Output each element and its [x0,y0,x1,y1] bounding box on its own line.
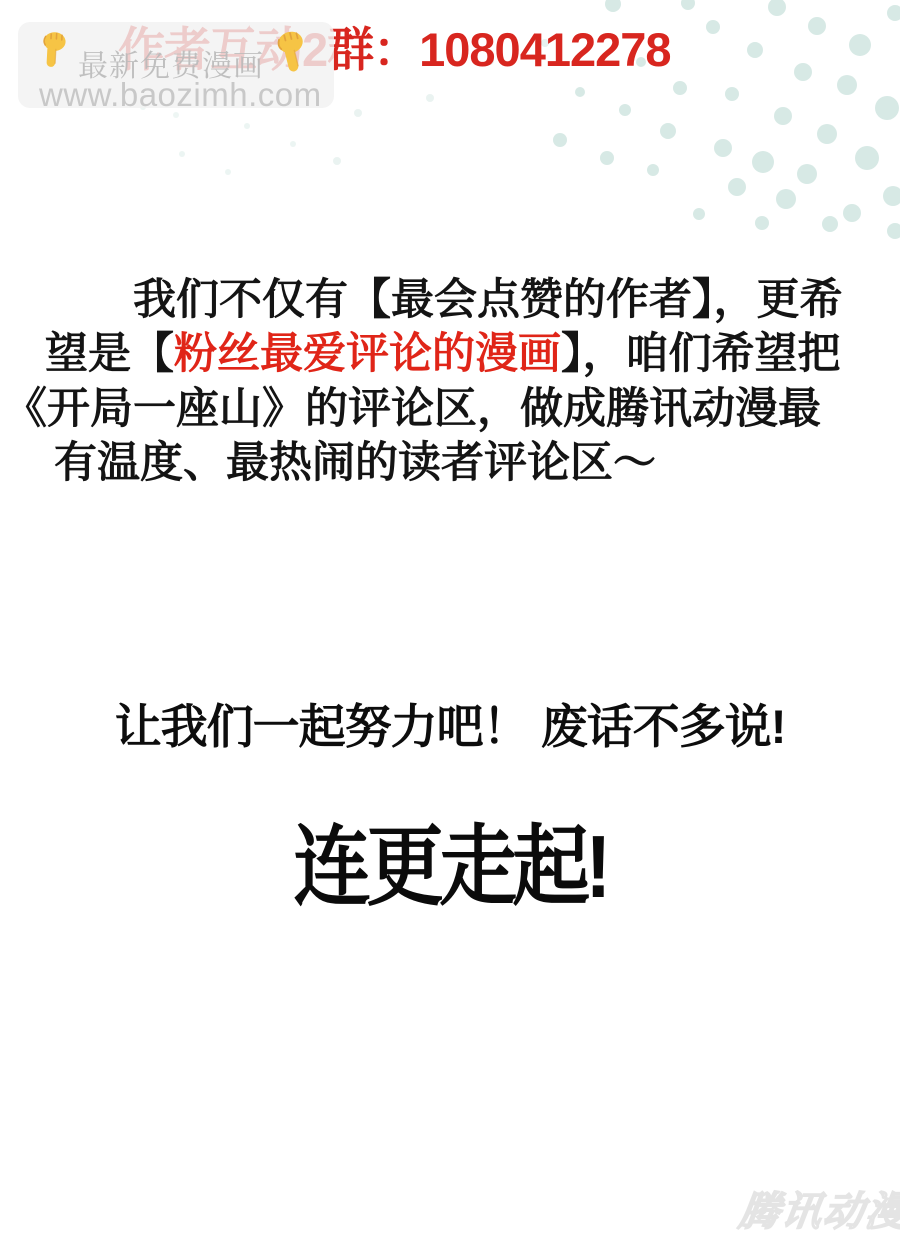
slogan-line: 让我们一起努力吧！ 废话不多说! [0,690,900,757]
pointing-down-emoji-icon [37,29,70,71]
line2-tail: 】，咱们希望把 [561,330,841,378]
line1-text: 我们不仅有【 [133,276,391,324]
line1-tail: 】，更希 [692,276,843,324]
paragraph-line-2: 望是【粉丝最爱评论的漫画】，咱们希望把 [0,330,900,378]
comic-announcement-page: 作者互动2群：1080412278 最新免费漫画 www.baozimh.com… [0,0,900,1236]
line1-emphasis: 最会点赞的作者 [391,276,692,324]
paragraph-line-4: 有温度、最热闹的读者评论区～ [0,439,900,487]
line2-emphasis-red: 粉丝最爱评论的漫画 [174,330,561,378]
decorative-dots-pattern [0,0,900,1236]
tencent-comics-logo: 腾讯动漫 [736,1180,900,1236]
paragraph-line-1: 我们不仅有【最会点赞的作者】，更希 [0,276,900,324]
big-title: 连更走起! [293,797,607,923]
line2-text: 望是【 [45,330,174,378]
watermark-site-url: www.baozimh.com [39,76,322,114]
paragraph-line-3: 《开局一座山》的评论区，做成腾讯动漫最 [0,385,900,433]
big-title-wrap: 连更走起! [0,797,900,923]
